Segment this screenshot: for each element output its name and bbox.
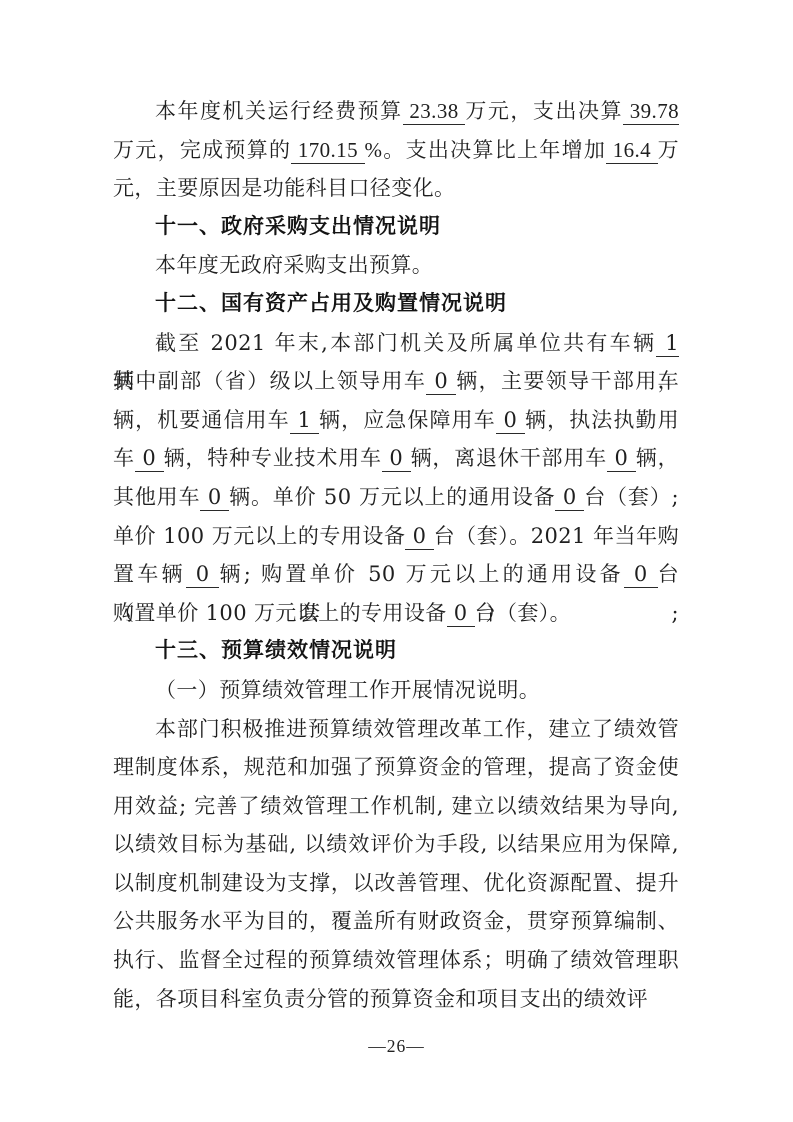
text-line: 辆，机要通信用车 1 辆，应急保障用车 0 辆，执法执勤用 <box>113 401 679 440</box>
filled-blank-value: 0 <box>624 562 658 588</box>
filled-blank-value: 170.15 <box>291 138 364 164</box>
text-segment: 辆，执法执勤用 <box>525 408 679 432</box>
text-line: 其他用车 0 辆。单价 50 万元以上的通用设备 0 台（套）; <box>113 478 679 517</box>
text-segment: 其中副部（省）级以上领导用车 <box>113 369 426 393</box>
filled-blank-value: 0 <box>200 485 229 511</box>
filled-blank-value: 23.38 <box>403 99 466 125</box>
text-segment: 以绩效目标为基础, 以绩效评价为手段, 以结果应用为保障, <box>113 832 679 856</box>
text-segment: 万 <box>658 138 679 162</box>
text-segment: 公共服务水平为目的，覆盖所有财政资金，贯穿预算编制、 <box>113 909 679 933</box>
text-segment: 万元，支出决算 <box>465 99 623 123</box>
text-segment: 其他用车 <box>113 485 200 509</box>
filled-blank-value: 0 <box>382 446 411 472</box>
text-line: 其中副部（省）级以上领导用车 0 辆，主要领导干部用车 <box>113 362 679 401</box>
text-line: 单价 100 万元以上的专用设备 0 台（套）。2021 年当年购 <box>113 517 679 556</box>
text-segment: 辆，机要通信用车 <box>113 408 290 432</box>
text-segment: 辆， <box>636 446 679 470</box>
text-line: 理制度体系，规范和加强了预算资金的管理，提高了资金使 <box>113 748 679 787</box>
filled-blank-value: 0 <box>426 369 456 395</box>
text-segment: 辆。单价 50 万元以上的通用设备 <box>229 485 555 509</box>
text-segment: 十二、国有资产占用及购置情况说明 <box>155 292 507 315</box>
section-heading: 十三、预算绩效情况说明 <box>113 632 679 671</box>
filled-blank-value: 0 <box>496 408 525 434</box>
filled-blank-value: 39.78 <box>623 99 679 125</box>
filled-blank-value: 1 <box>656 331 679 357</box>
filled-blank-value: 1 <box>290 408 319 434</box>
text-segment: 置车辆 <box>113 562 186 586</box>
text-line: 元，主要原因是功能科目口径变化。 <box>113 169 679 208</box>
text-line: 截至 2021 年末,本部门机关及所属单位共有车辆 1 辆， <box>113 324 679 363</box>
text-segment: 元，主要原因是功能科目口径变化。 <box>113 176 455 200</box>
text-segment: 执行、监督全过程的预算绩效管理体系；明确了绩效管理职 <box>113 948 679 972</box>
text-segment: 台（套）; <box>584 485 679 509</box>
text-segment: 能，各项目科室负责分管的预算资金和项目支出的绩效评 <box>113 987 648 1011</box>
text-segment: 本年度无政府采购支出预算。 <box>155 253 433 277</box>
text-line: 公共服务水平为目的，覆盖所有财政资金，贯穿预算编制、 <box>113 902 679 941</box>
text-segment: 十一、政府采购支出情况说明 <box>155 215 441 238</box>
text-line: 本年度机关运行经费预算 23.38 万元，支出决算 39.78 <box>113 92 679 131</box>
text-segment: 用效益; 完善了绩效管理工作机制, 建立以绩效结果为导向, <box>113 794 679 818</box>
text-segment: 台（套）。2021 年当年购 <box>434 524 679 548</box>
text-line: 本年度无政府采购支出预算。 <box>113 246 679 285</box>
section-heading: 十二、国有资产占用及购置情况说明 <box>113 285 679 324</box>
text-line: （一）预算绩效管理工作开展情况说明。 <box>113 671 679 710</box>
document-page: 本年度机关运行经费预算 23.38 万元，支出决算 39.78万元，完成预算的 … <box>0 0 793 1122</box>
filled-blank-value: 0 <box>447 601 475 627</box>
filled-blank-value: 0 <box>186 562 220 588</box>
text-line: 以绩效目标为基础, 以绩效评价为手段, 以结果应用为保障, <box>113 825 679 864</box>
filled-blank-value: 0 <box>135 446 164 472</box>
text-line: 置车辆 0 辆; 购置单价 50 万元以上的通用设备 0 台（套）; <box>113 555 679 594</box>
text-segment: 截至 2021 年末,本部门机关及所属单位共有车辆 <box>155 331 656 355</box>
text-segment: 辆，应急保障用车 <box>319 408 496 432</box>
text-line: 本部门积极推进预算绩效管理改革工作，建立了绩效管 <box>113 710 679 749</box>
text-line: 以制度机制建设为支撑，以改善管理、优化资源配置、提升 <box>113 864 679 903</box>
page-number: —26— <box>0 1036 793 1057</box>
document-body: 本年度机关运行经费预算 23.38 万元，支出决算 39.78万元，完成预算的 … <box>113 92 679 1018</box>
text-segment: 辆，主要领导干部用车 <box>456 369 679 393</box>
section-heading: 十一、政府采购支出情况说明 <box>113 208 679 247</box>
text-segment: 万元，完成预算的 <box>113 138 291 162</box>
text-segment: 购置单价 100 万元以上的专用设备 <box>113 601 447 625</box>
text-segment: 以制度机制建设为支撑，以改善管理、优化资源配置、提升 <box>113 871 679 895</box>
text-line: 用效益; 完善了绩效管理工作机制, 建立以绩效结果为导向, <box>113 787 679 826</box>
text-segment: 十三、预算绩效情况说明 <box>155 639 397 662</box>
text-segment: 理制度体系，规范和加强了预算资金的管理，提高了资金使 <box>113 755 679 779</box>
text-segment: 台（套）。 <box>475 601 572 625</box>
filled-blank-value: 0 <box>607 446 636 472</box>
text-segment: 车 <box>113 446 135 470</box>
text-segment: 单价 100 万元以上的专用设备 <box>113 524 405 548</box>
filled-blank-value: 0 <box>555 485 584 511</box>
text-line: 执行、监督全过程的预算绩效管理体系；明确了绩效管理职 <box>113 941 679 980</box>
text-segment: %。支出决算比上年增加 <box>365 138 607 162</box>
text-segment: 辆，离退休干部用车 <box>411 446 607 470</box>
text-segment: （一）预算绩效管理工作开展情况说明。 <box>155 678 540 702</box>
text-line: 车 0 辆，特种专业技术用车 0 辆，离退休干部用车 0 辆， <box>113 439 679 478</box>
text-segment: 辆; 购置单价 50 万元以上的通用设备 <box>219 562 624 586</box>
text-segment: 本年度机关运行经费预算 <box>155 99 403 123</box>
text-line: 万元，完成预算的 170.15 %。支出决算比上年增加 16.4 万 <box>113 131 679 170</box>
text-line: 能，各项目科室负责分管的预算资金和项目支出的绩效评 <box>113 980 679 1019</box>
text-segment: 辆，特种专业技术用车 <box>164 446 382 470</box>
filled-blank-value: 16.4 <box>606 138 657 164</box>
text-segment: 本部门积极推进预算绩效管理改革工作，建立了绩效管 <box>155 717 679 741</box>
filled-blank-value: 0 <box>405 524 433 550</box>
